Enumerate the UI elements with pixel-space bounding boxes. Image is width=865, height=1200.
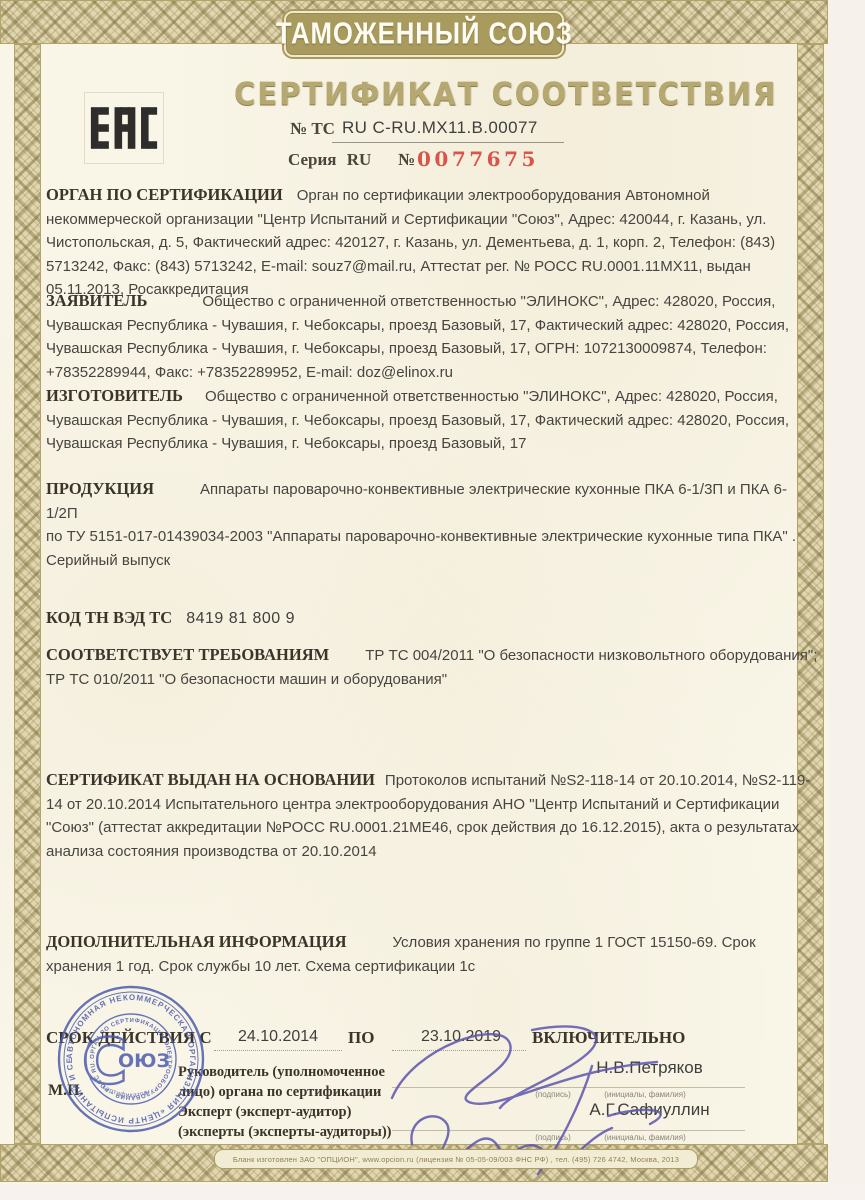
cert-number-underline xyxy=(332,142,564,143)
certificate-title: СЕРТИФИКАТ СООТВЕТСТВИЯ xyxy=(234,76,777,112)
section-tnved-code-label: КОД ТН ВЭД ТС xyxy=(46,608,172,627)
customs-union-banner-label: ТАМОЖЕННЫЙ СОЮЗ xyxy=(276,17,573,52)
section-tnved-code-value: 8419 81 800 9 xyxy=(186,610,295,627)
scan-gutter-right xyxy=(828,0,865,1200)
section-requirements-label: СООТВЕТСТВУЕТ ТРЕБОВАНИЯМ xyxy=(46,645,329,664)
section-product-text: Аппараты пароварочно-конвективные электр… xyxy=(46,481,796,569)
guilloche-border-left xyxy=(14,44,41,1144)
section-issue-basis-label: СЕРТИФИКАТ ВЫДАН НА ОСНОВАНИИ xyxy=(46,770,375,789)
section-product-label: ПРОДУКЦИЯ xyxy=(46,479,154,498)
cert-number-label: № ТС xyxy=(290,119,335,139)
section-certification-body-label: ОРГАН ПО СЕРТИФИКАЦИИ xyxy=(46,185,283,204)
eac-logo-icon xyxy=(89,98,159,158)
section-certification-body: ОРГАН ПО СЕРТИФИКАЦИИОрган по сертификац… xyxy=(46,183,818,302)
validity-from-line xyxy=(214,1049,342,1051)
section-manufacturer-label: ИЗГОТОВИТЕЛЬ xyxy=(46,386,183,405)
footer-imprint: Бланк изготовлен ЗАО "ОПЦИОН", www.opcio… xyxy=(214,1149,698,1169)
section-product: ПРОДУКЦИЯАппараты пароварочно-конвективн… xyxy=(46,477,818,572)
section-issue-basis: СЕРТИФИКАТ ВЫДАН НА ОСНОВАНИИПротоколов … xyxy=(46,768,818,863)
section-additional-info-label: ДОПОЛНИТЕЛЬНАЯ ИНФОРМАЦИЯ xyxy=(46,932,347,951)
scan-background: { "banner": "ТАМОЖЕННЫЙ СОЮЗ", "title": … xyxy=(0,0,865,1200)
section-applicant: ЗАЯВИТЕЛЬОбщество с ограниченной ответст… xyxy=(46,289,818,384)
validity-from-date: 24.10.2014 xyxy=(222,1028,334,1046)
section-manufacturer: ИЗГОТОВИТЕЛЬОбщество с ограниченной отве… xyxy=(46,384,818,456)
cert-number-value: RU C-RU.MX11.B.00077 xyxy=(342,118,538,138)
series-label: Серия RU xyxy=(288,150,371,170)
series-number-value: 0077675 xyxy=(417,147,539,171)
section-requirements: СООТВЕТСТВУЕТ ТРЕБОВАНИЯМТР ТС 004/2011 … xyxy=(46,643,818,691)
section-applicant-label: ЗАЯВИТЕЛЬ xyxy=(46,291,147,310)
stamp-center-word: ОЮЗ xyxy=(118,1050,170,1072)
footer-imprint-text: Бланк изготовлен ЗАО "ОПЦИОН", www.opcio… xyxy=(233,1155,679,1164)
series-number-sign: № xyxy=(398,150,415,170)
eac-mark-frame xyxy=(84,92,164,164)
certificate-page: ТАМОЖЕННЫЙ СОЮЗ СЕРТИФИКАТ СООТВЕТСТВИЯ … xyxy=(0,0,828,1184)
union-stamp-seal: АВТОНОМНАЯ НЕКОММЕРЧЕСКАЯ ОРГАНИЗАЦИЯ «Ц… xyxy=(42,970,220,1148)
scan-gutter-bottom xyxy=(0,1184,865,1200)
section-tnved-code: КОД ТН ВЭД ТС8419 81 800 9 xyxy=(46,606,818,631)
customs-union-banner: ТАМОЖЕННЫЙ СОЮЗ xyxy=(284,11,564,57)
section-applicant-text: Общество с ограниченной ответственностью… xyxy=(46,293,789,381)
